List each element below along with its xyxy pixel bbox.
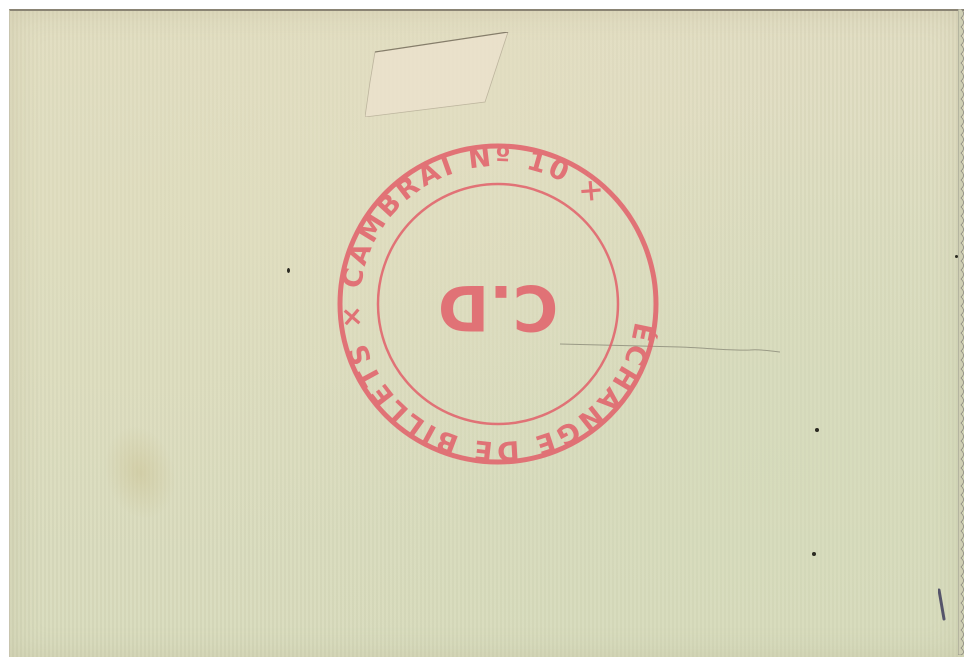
- ink-speck: [812, 552, 816, 556]
- perforated-right-edge: [958, 9, 968, 655]
- ink-speck: [815, 428, 819, 432]
- tape-residue: [365, 32, 510, 117]
- ink-speck: [287, 268, 290, 273]
- red-circular-stamp: ÉCHANGE DE BILLETS × CAMBRAI Nº 10 × C.D: [333, 142, 663, 467]
- ink-speck: [955, 255, 958, 258]
- stamp-center-text: C.D: [438, 271, 559, 344]
- margin-pencil-mark: [938, 588, 946, 622]
